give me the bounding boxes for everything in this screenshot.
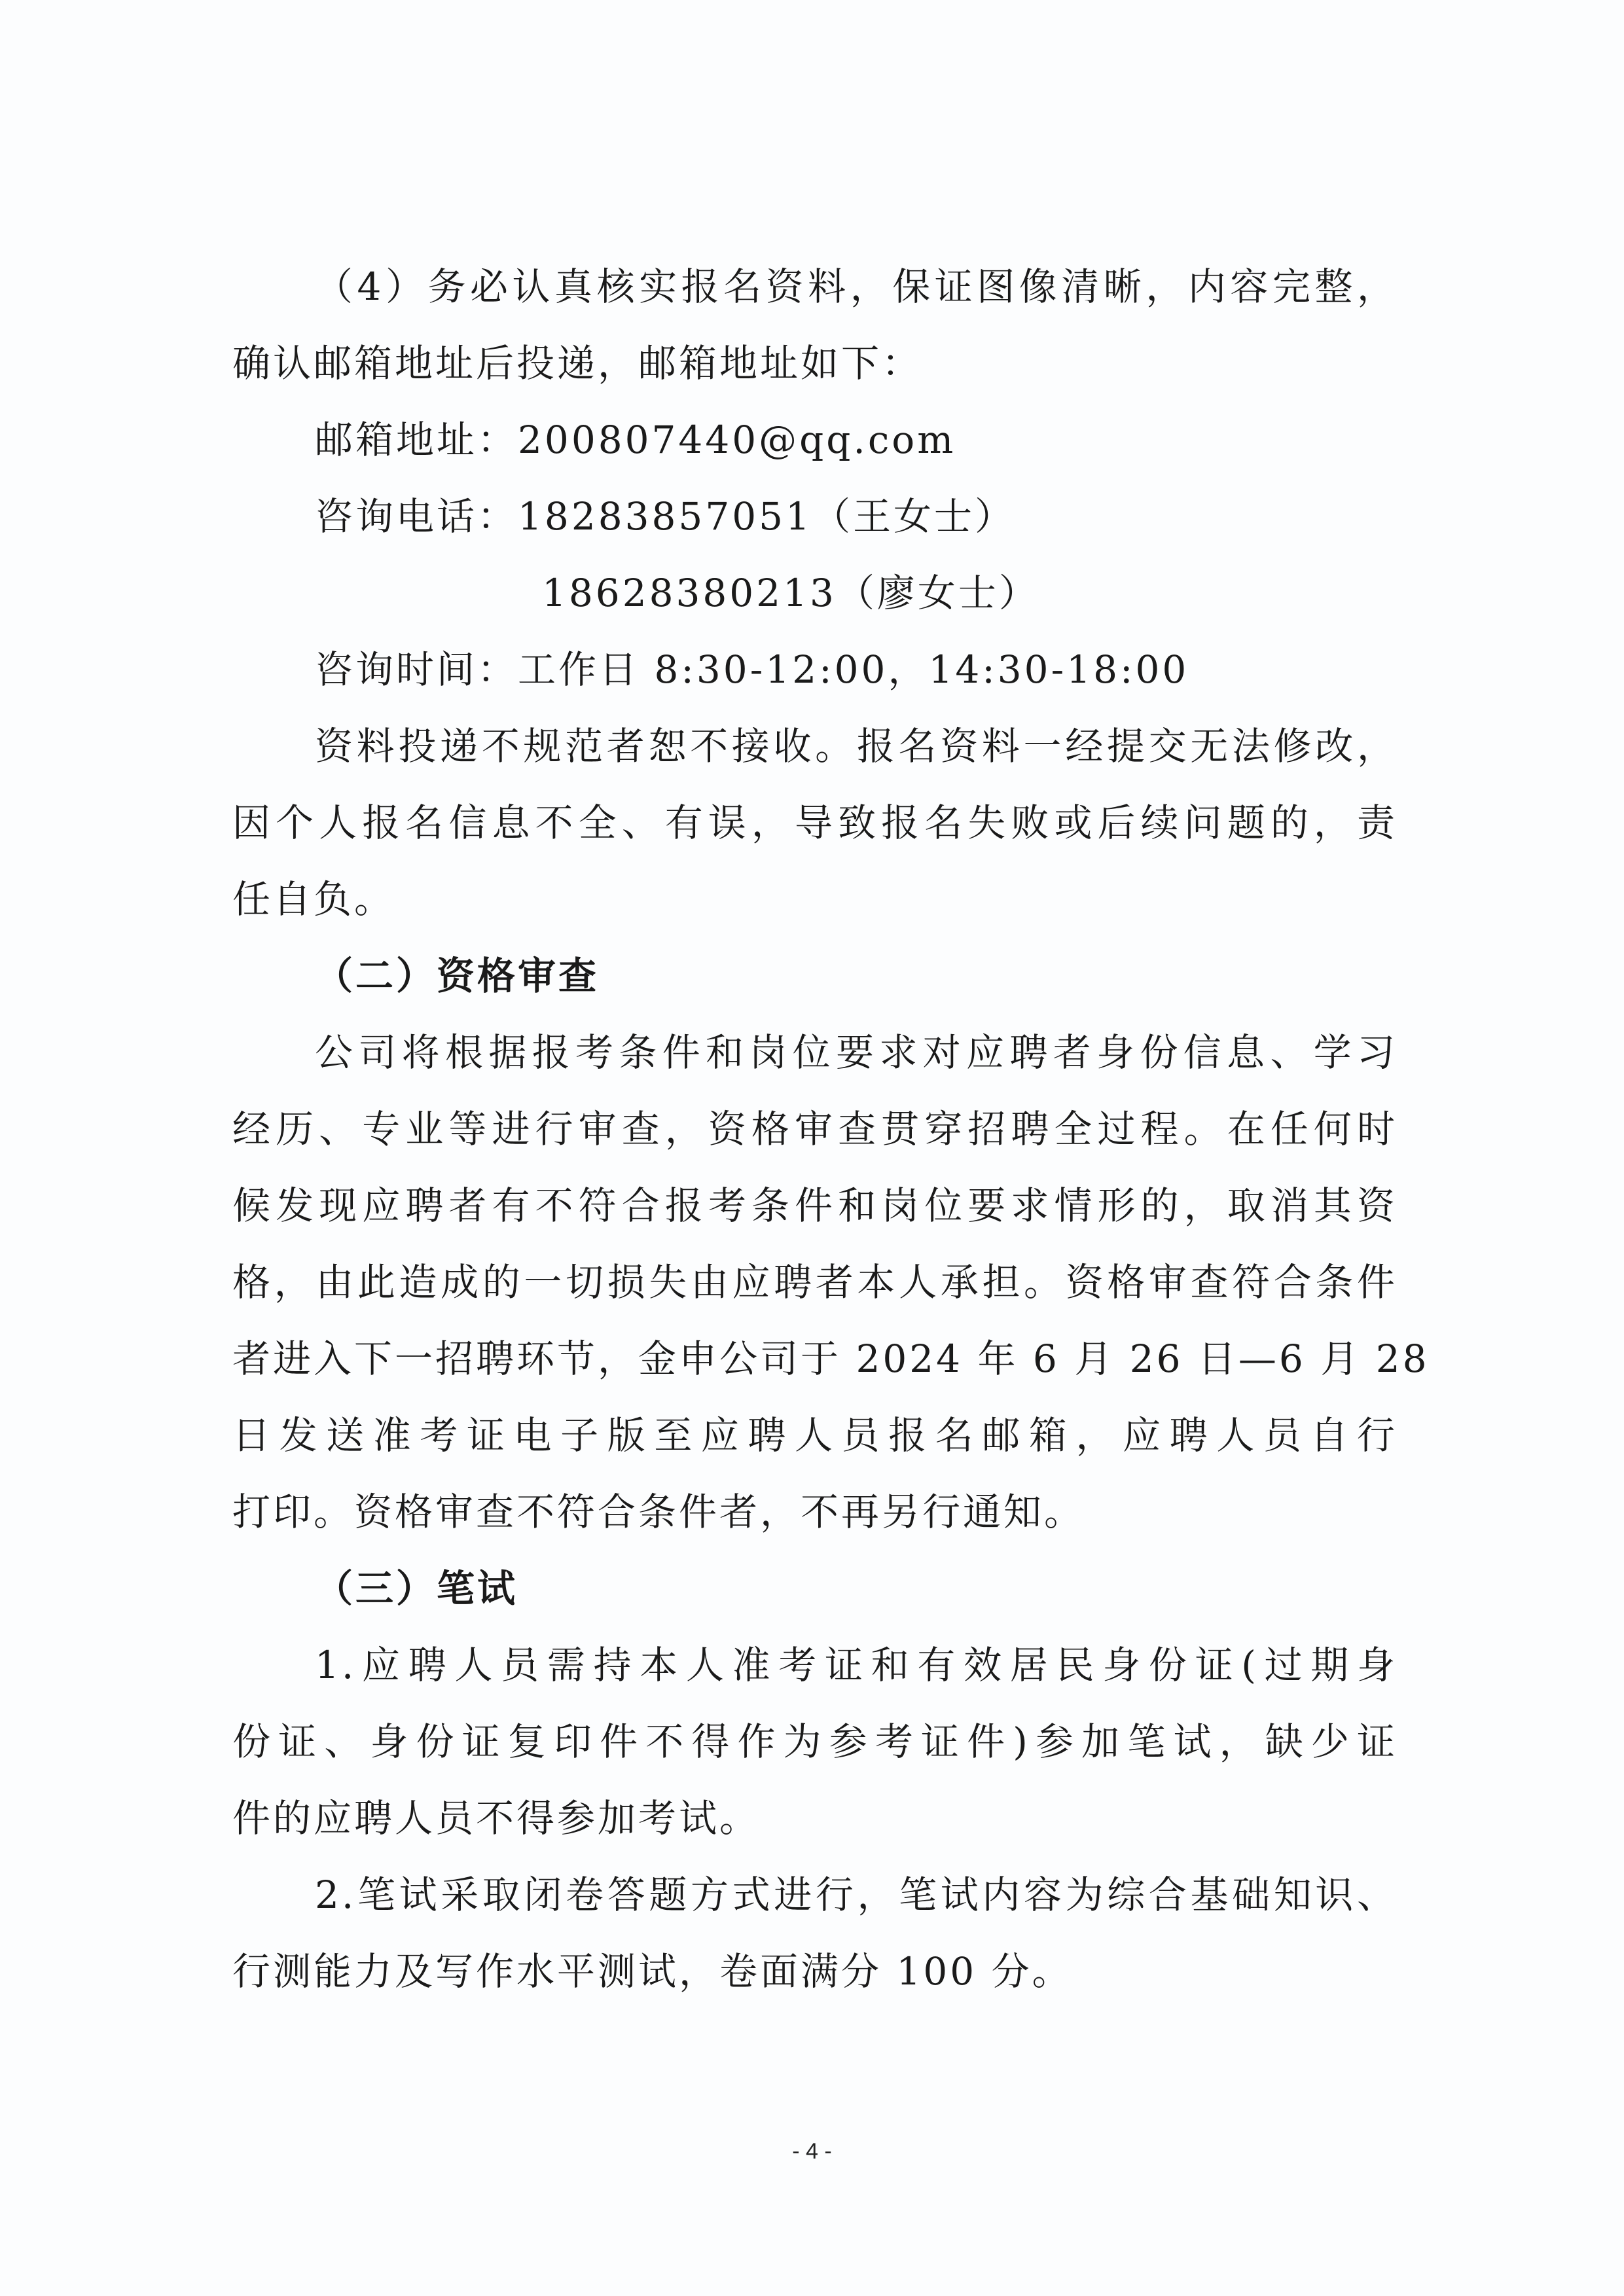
notice-line2: 因个人报名信息不全、有误，导致报名失败或后续问题的，责 bbox=[232, 785, 1398, 861]
exam-item2-line: 行测能力及写作水平测试，卷面满分 100 分。 bbox=[232, 1933, 1398, 2010]
phone-number-1: 18283857051 bbox=[518, 494, 812, 539]
phone-contact-1: （王女士） bbox=[812, 494, 1015, 539]
exam-item1-line: 1.应聘人员需持本人准考证和有效居民身份证(过期身 bbox=[232, 1627, 1398, 1704]
email-line: 邮箱地址：200807440@qq.com bbox=[232, 402, 1398, 478]
hours-label: 咨询时间： bbox=[315, 647, 518, 692]
body-text: （4）务必认真核实报名资料，保证图像清晰，内容完整， 确认邮箱地址后投递，邮箱地… bbox=[232, 249, 1398, 2010]
section-heading-written-exam: （三）笔试 bbox=[232, 1551, 1398, 1627]
notice-line3: 任自负。 bbox=[232, 861, 1398, 938]
qualification-line: 打印。资格审查不符合条件者，不再另行通知。 bbox=[232, 1474, 1398, 1551]
qualification-line: 公司将根据报考条件和岗位要求对应聘者身份信息、学习 bbox=[232, 1014, 1398, 1091]
qualification-line: 者进入下一招聘环节，金申公司于 2024 年 6 月 26 日—6 月 28 bbox=[232, 1321, 1398, 1397]
phone-line-2: 18628380213（廖女士） bbox=[232, 555, 1398, 632]
exam-item1-line: 件的应聘人员不得参加考试。 bbox=[232, 1780, 1398, 1857]
email-label: 邮箱地址： bbox=[315, 418, 518, 462]
phone-number-2: 18628380213 bbox=[542, 571, 837, 615]
phone-contact-2: （廖女士） bbox=[837, 571, 1039, 615]
hours-value: 工作日 8:30-12:00，14:30-18:00 bbox=[518, 647, 1189, 692]
hours-line: 咨询时间：工作日 8:30-12:00，14:30-18:00 bbox=[232, 632, 1398, 708]
phone-line-1: 咨询电话：18283857051（王女士） bbox=[232, 478, 1398, 555]
item4-line2: 确认邮箱地址后投递，邮箱地址如下： bbox=[232, 325, 1398, 402]
exam-item2-line: 2.笔试采取闭卷答题方式进行，笔试内容为综合基础知识、 bbox=[232, 1857, 1398, 1933]
document-page: （4）务必认真核实报名资料，保证图像清晰，内容完整， 确认邮箱地址后投递，邮箱地… bbox=[0, 0, 1624, 2296]
item4-line1: （4）务必认真核实报名资料，保证图像清晰，内容完整， bbox=[232, 249, 1398, 325]
email-address: 200807440@qq.com bbox=[518, 418, 956, 462]
section-heading-qualification: （二）资格审查 bbox=[232, 938, 1398, 1014]
qualification-line: 日发送准考证电子版至应聘人员报名邮箱，应聘人员自行 bbox=[232, 1397, 1398, 1474]
qualification-line: 格，由此造成的一切损失由应聘者本人承担。资格审查符合条件 bbox=[232, 1244, 1398, 1321]
qualification-line: 经历、专业等进行审查，资格审查贯穿招聘全过程。在任何时 bbox=[232, 1091, 1398, 1168]
phone-label: 咨询电话： bbox=[315, 494, 518, 539]
exam-item1-line: 份证、身份证复印件不得作为参考证件)参加笔试，缺少证 bbox=[232, 1704, 1398, 1780]
page-number: - 4 - bbox=[0, 2139, 1624, 2164]
qualification-line: 候发现应聘者有不符合报考条件和岗位要求情形的，取消其资 bbox=[232, 1168, 1398, 1244]
notice-line1: 资料投递不规范者恕不接收。报名资料一经提交无法修改， bbox=[232, 708, 1398, 785]
